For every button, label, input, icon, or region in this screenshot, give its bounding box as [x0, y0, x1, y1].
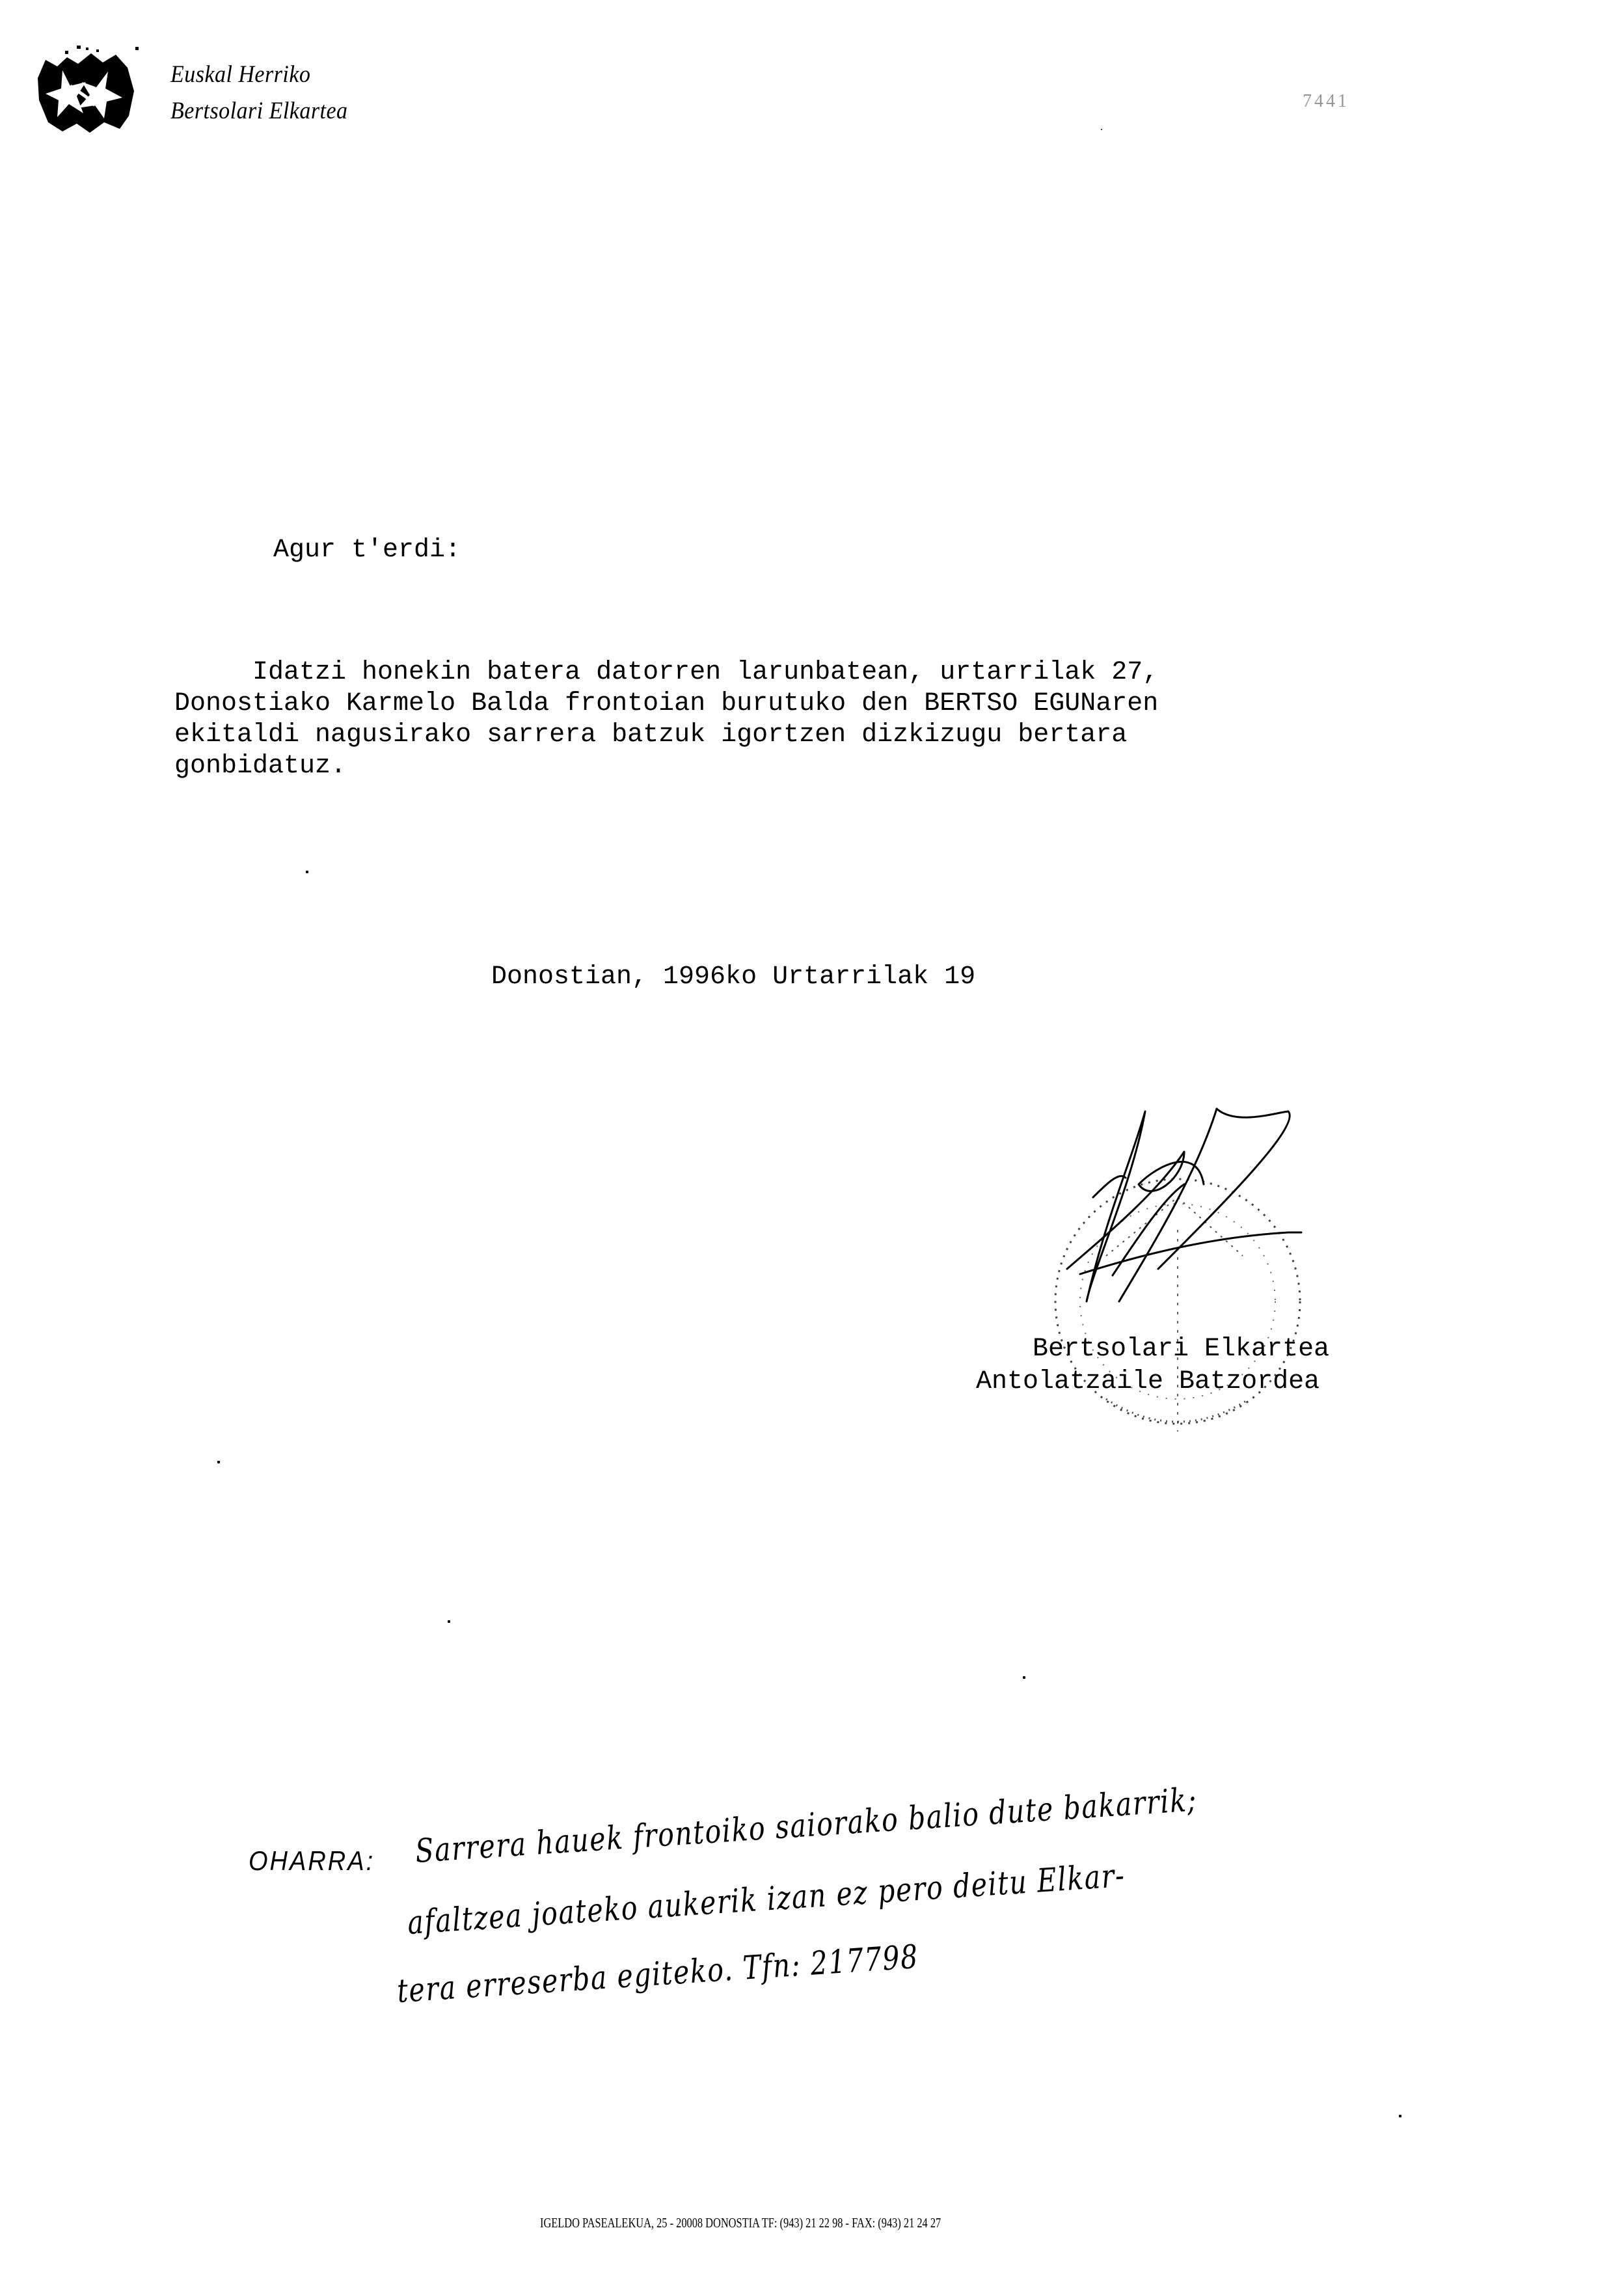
note-label: OHARRA:	[249, 1847, 375, 1877]
handwritten-signature-icon	[1054, 1106, 1353, 1327]
scan-speck	[1101, 129, 1102, 130]
org-name-line-2: Bertsolari Elkartea	[170, 99, 348, 123]
body-paragraph: Idatzi honekin batera datorren larunbate…	[174, 657, 1158, 782]
reference-mark: 7441	[1303, 91, 1349, 112]
body-line: Donostiako Karmelo Balda frontoian burut…	[174, 688, 1158, 720]
greeting: Agur t'erdi:	[273, 535, 461, 566]
org-name-line-1: Euskal Herriko	[170, 62, 310, 87]
body-line: gonbidatuz.	[174, 751, 1158, 782]
note-line: tera erreserba egiteko. Tfn: 217798	[396, 1940, 920, 2007]
footer-address: IGELDO PASEALEKUA, 25 - 20008 DONOSTIA T…	[540, 2215, 941, 2231]
organization-logo-icon	[31, 46, 142, 137]
note-line: Sarrera hauek frontoiko saiorako balio d…	[414, 1783, 1198, 1868]
signature-org-name: Bertsolari Elkartea	[1033, 1334, 1329, 1365]
scan-speck	[306, 871, 308, 873]
note-line: afaltzea joateko aukerik izan ez pero de…	[407, 1859, 1126, 1939]
scan-speck	[448, 1620, 450, 1623]
date-line: Donostian, 1996ko Urtarrilak 19	[491, 962, 975, 993]
scan-speck	[217, 1461, 220, 1463]
body-line: Idatzi honekin batera datorren larunbate…	[174, 657, 1158, 688]
scan-speck	[1399, 2115, 1401, 2117]
signature-committee-name: Antolatzaile Batzordea	[976, 1366, 1319, 1398]
scan-speck	[1023, 1676, 1025, 1679]
body-line: ekitaldi nagusirako sarrera batzuk igort…	[174, 720, 1158, 751]
